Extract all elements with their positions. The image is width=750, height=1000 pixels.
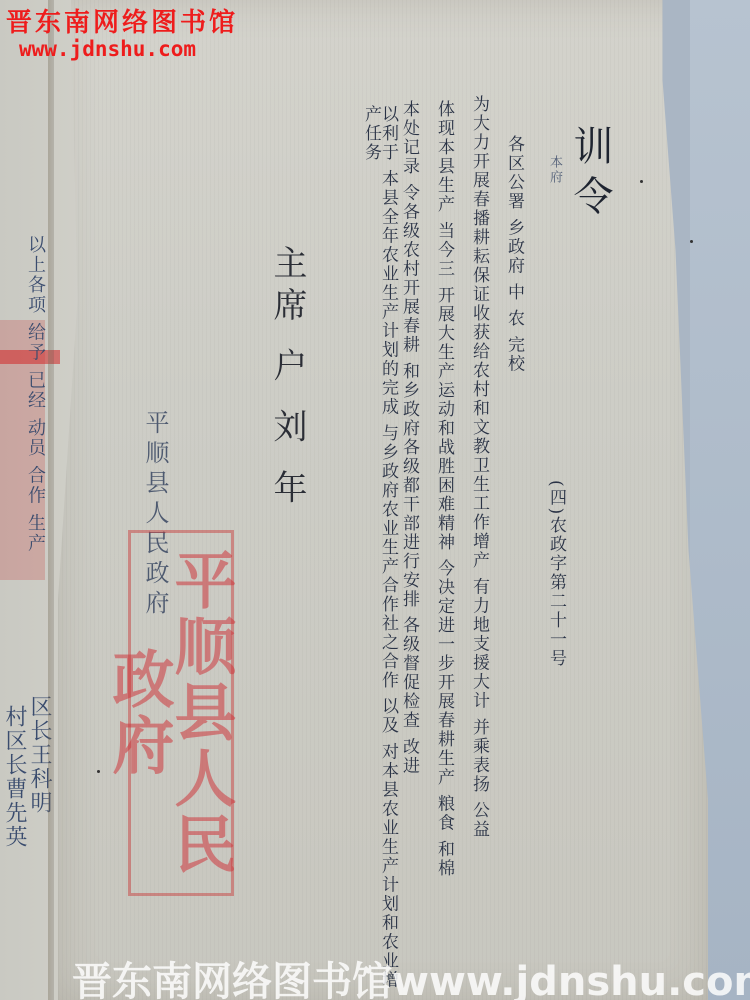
addressee-note: 本府	[548, 155, 561, 185]
watermark-bottom: 晋东南网络图书馆www.jdnshu.com	[72, 950, 750, 1000]
paper-speck	[690, 240, 693, 243]
watermark-top-url: www.jdnshu.com	[19, 37, 238, 61]
paper-tear-edge	[48, 0, 54, 1000]
paper-speck	[640, 180, 643, 183]
left-sheet-text-column: 以上各项 给予 已经 动员 合作 生产	[26, 235, 44, 554]
document-title: 训令	[570, 125, 610, 225]
body-column-1: 各区公署 乡政府 中 农 完校	[505, 135, 522, 374]
left-sheet-village-head: 村区长曹先英	[3, 705, 25, 849]
document-number: (四)农政字第二十一号	[547, 480, 564, 668]
watermark-top: 晋东南网络图书馆 www.jdnshu.com	[6, 2, 238, 61]
left-sheet-district-head: 区长王科明	[28, 695, 50, 815]
body-column-3: 体现本县生产 当今三 开展大生产运动和战胜困难精神 今决定进一步开展春耕生产 粮…	[435, 100, 452, 878]
signature: 主席 户 刘 年	[270, 245, 304, 511]
body-column-5: 以利于 本县全年农业生产计划的完成 与乡政府农业生产合作社之合作 以及 对本县农…	[362, 105, 396, 1000]
watermark-top-title: 晋东南网络图书馆	[6, 2, 238, 39]
paper-speck	[97, 770, 100, 773]
body-column-2: 为大力开展春播耕耘保证收获给农村和文教卫生工作增产 有力地支援大计 并乘表扬 公…	[470, 95, 487, 839]
body-column-4: 本处记录 令各级农村开展春耕 和乡政府各级都干部进行安排 各级督促检查 改进	[400, 100, 417, 776]
official-red-seal: 平顺县人民政府	[128, 530, 234, 896]
